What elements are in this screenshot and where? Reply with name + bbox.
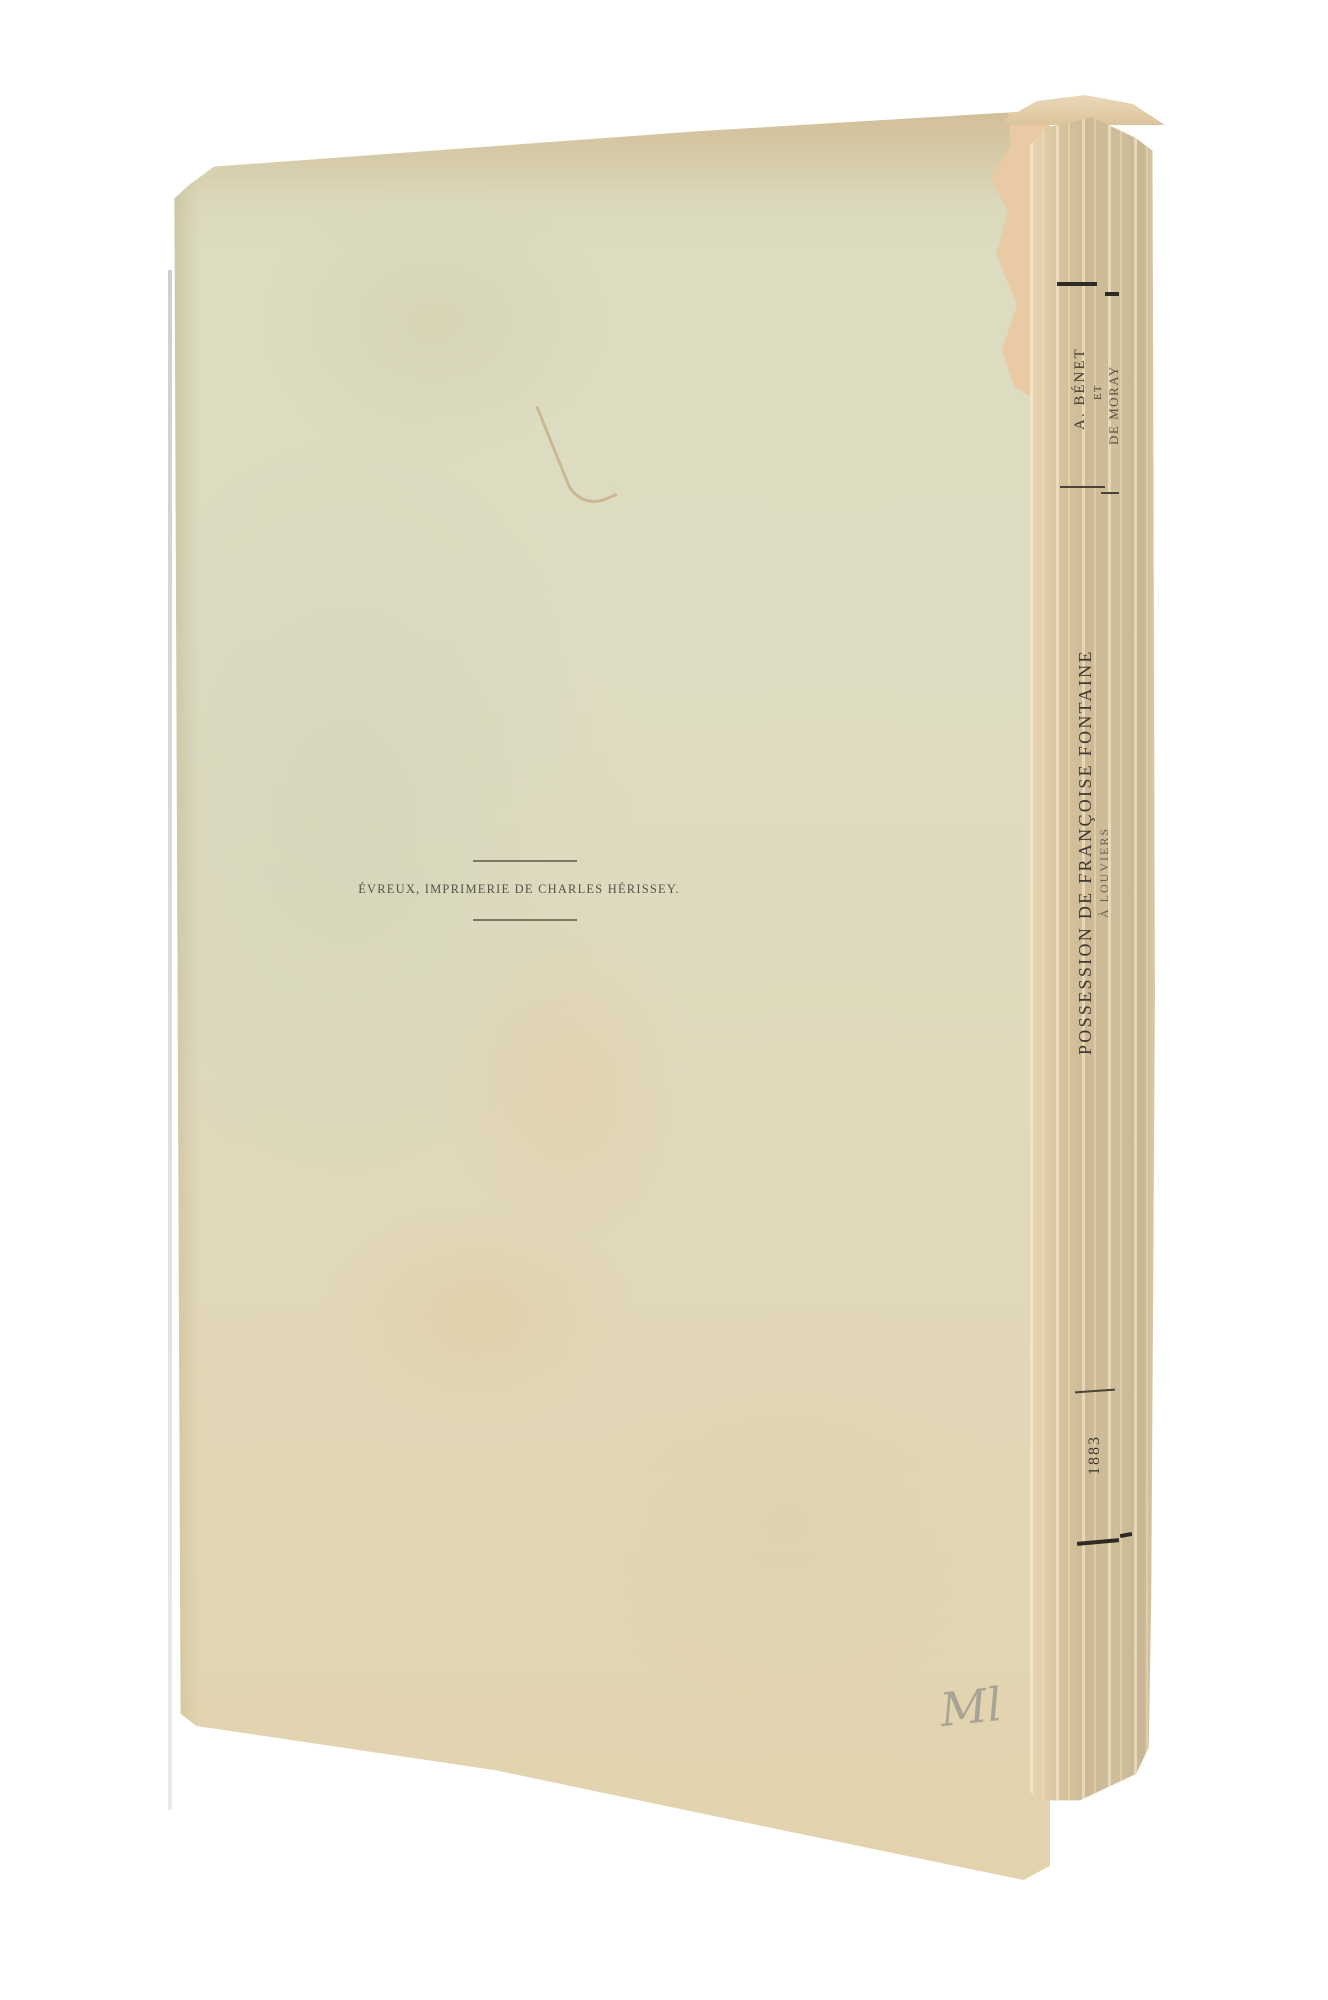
pencil-annotation: Ml — [937, 1677, 1004, 1737]
spine-rule-author-bottom — [1060, 486, 1105, 488]
spine-rule-author-bottom-right — [1101, 492, 1119, 494]
imprint-rule-bottom — [473, 919, 577, 921]
imprint-rule-top — [473, 860, 577, 862]
spine-rule-top — [1057, 282, 1097, 286]
spine-subtitle: À LOUVIERS — [1097, 827, 1112, 918]
spine-year: 1883 — [1086, 1435, 1104, 1475]
cover-left-edge-wear — [170, 110, 200, 1880]
spine-rule-top-right — [1105, 292, 1119, 296]
spine-title: POSSESSION DE FRANÇOISE FONTAINE — [1075, 649, 1096, 1055]
printer-imprint: ÉVREUX, IMPRIMERIE DE CHARLES HÉRISSEY. — [353, 882, 685, 897]
cover-left-shadow — [168, 270, 172, 1810]
cover-top-edge-wear — [170, 110, 1050, 200]
imprint-block: ÉVREUX, IMPRIMERIE DE CHARLES HÉRISSEY. — [365, 860, 685, 921]
book-photo: ÉVREUX, IMPRIMERIE DE CHARLES HÉRISSEY. … — [0, 0, 1328, 2000]
spine-author-conjunction: ET — [1092, 385, 1104, 400]
spine-coauthor: DE MORAY — [1106, 365, 1122, 445]
back-cover — [170, 110, 1050, 1880]
spine-author: A. BÉNET — [1072, 347, 1089, 430]
